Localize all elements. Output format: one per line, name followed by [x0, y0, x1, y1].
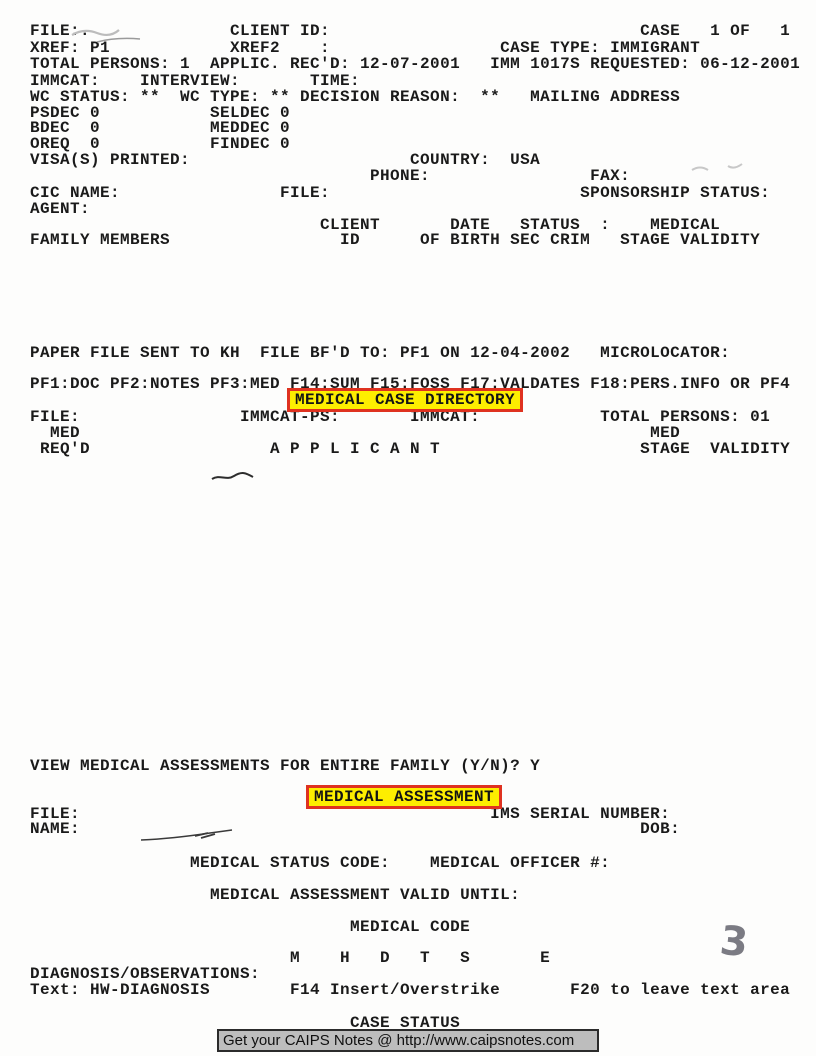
med-dir-med-line: MED MED [30, 425, 680, 441]
paper-file-line: PAPER FILE SENT TO KH FILE BF'D TO: PF1 … [30, 345, 730, 361]
agent-line: AGENT: [30, 201, 90, 217]
file-client-case-line: FILE:. CLIENT ID: CASE 1 OF 1 [30, 23, 790, 39]
diagnosis-line: DIAGNOSIS/OBSERVATIONS: [30, 966, 260, 982]
immcat-interview-line: IMMCAT: INTERVIEW: TIME: [30, 73, 360, 89]
scan-mark-after-xref [96, 35, 142, 44]
medical-code-columns: M H D T S E [30, 950, 550, 966]
handwritten-page-number: 3 [718, 921, 750, 964]
medical-case-directory-banner: MEDICAL CASE DIRECTORY [287, 388, 523, 412]
scan-smudge-fax [688, 160, 750, 176]
valid-until-line: MEDICAL ASSESSMENT VALID UNTIL: [30, 887, 520, 903]
wc-status-line: WC STATUS: ** WC TYPE: ** DECISION REASO… [30, 89, 680, 105]
total-persons-line: TOTAL PERSONS: 1 APPLIC. REC'D: 12-07-20… [30, 56, 800, 72]
caipsnotes-footer-banner: Get your CAIPS Notes @ http://www.caipsn… [217, 1029, 599, 1052]
med-dir-applicant-line: REQ'D A P P L I C A N T STAGE VALIDITY [30, 441, 790, 457]
medical-status-code-line: MEDICAL STATUS CODE: MEDICAL OFFICER #: [30, 855, 610, 871]
phone-fax-line: PHONE: FAX: [30, 168, 630, 184]
family-table-header-row2: FAMILY MEMBERS ID OF BIRTH SEC CRIM STAG… [30, 232, 760, 248]
handwritten-scribble-directory [210, 470, 256, 484]
scanned-page: FILE:. CLIENT ID: CASE 1 OF 1 XREF: P1 X… [0, 0, 816, 1056]
text-hw-diagnosis-line: Text: HW-DIAGNOSIS F14 Insert/Overstrike… [30, 982, 790, 998]
visas-printed-line: VISA(S) PRINTED: COUNTRY: USA [30, 152, 540, 168]
view-assessments-line: VIEW MEDICAL ASSESSMENTS FOR ENTIRE FAMI… [30, 758, 540, 774]
assessment-name-line: NAME: DOB: [30, 821, 680, 837]
medical-code-title: MEDICAL CODE [30, 919, 470, 935]
cic-name-line: CIC NAME: FILE: SPONSORSHIP STATUS: [30, 185, 770, 201]
oreq-findec-line: OREQ 0 FINDEC 0 [30, 136, 290, 152]
bdec-meddec-line: BDEC 0 MEDDEC 0 [30, 120, 290, 136]
handwritten-scribble-name [140, 827, 235, 843]
medical-assessment-banner: MEDICAL ASSESSMENT [306, 785, 502, 809]
